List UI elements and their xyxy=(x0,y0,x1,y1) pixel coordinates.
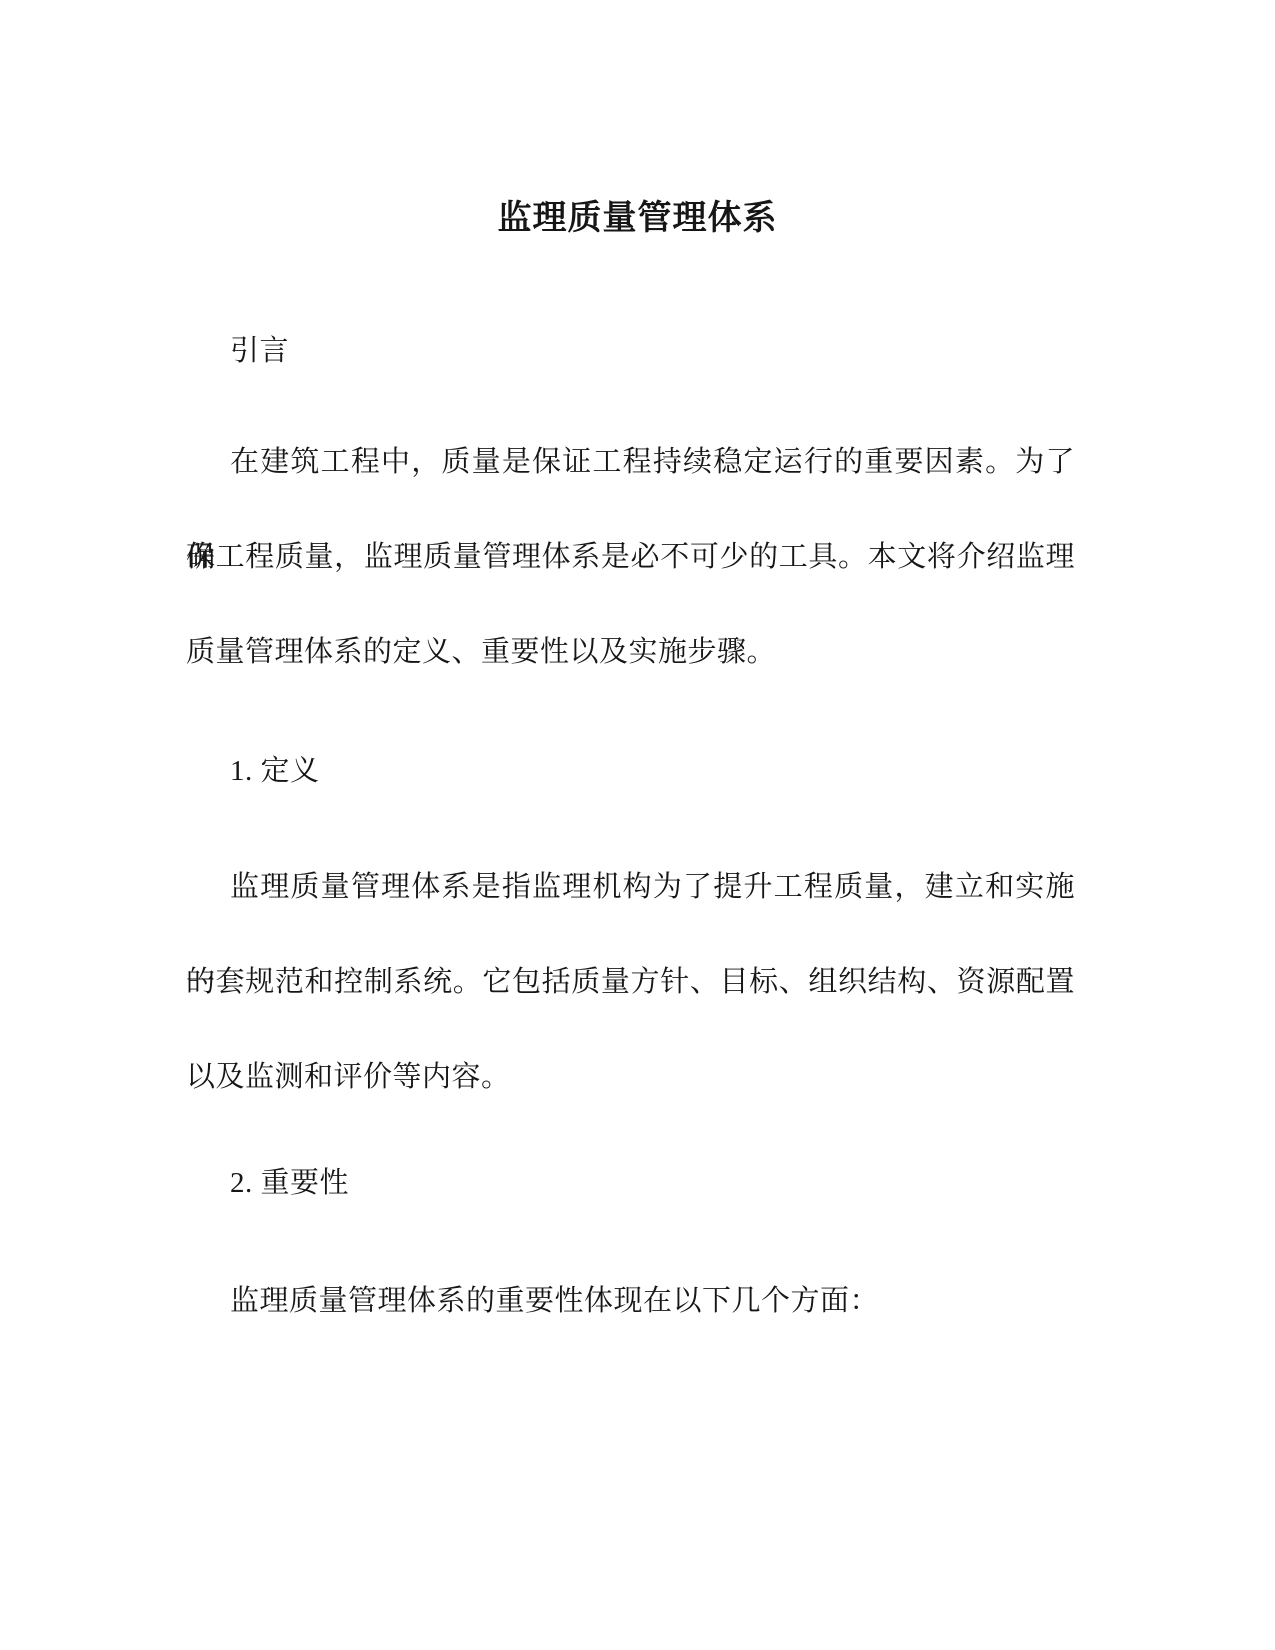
text-line: 保工程质量，监理质量管理体系是必不可少的工具。本文将介绍监理 xyxy=(186,510,1075,605)
text-line: 以及监测和评价等内容。 xyxy=(186,1030,1075,1125)
section-heading-introduction: 引言 xyxy=(186,304,1075,399)
text-line: 监理质量管理体系的重要性体现在以下几个方面： xyxy=(186,1254,1075,1349)
paragraph-introduction: 在建筑工程中，质量是保证工程持续稳定运行的重要因素。为了确 保工程质量，监理质量… xyxy=(186,415,1075,700)
paragraph-definition: 监理质量管理体系是指监理机构为了提升工程质量，建立和实施的 一套规范和控制系统。… xyxy=(186,840,1075,1125)
heading-text: 1. 定义 xyxy=(186,724,1075,819)
document-title: 监理质量管理体系 xyxy=(0,195,1275,243)
text-line: 质量管理体系的定义、重要性以及实施步骤。 xyxy=(186,605,1075,700)
heading-text: 2. 重要性 xyxy=(186,1136,1075,1231)
heading-text: 引言 xyxy=(186,304,1075,399)
section-heading-importance: 2. 重要性 xyxy=(186,1136,1075,1231)
paragraph-importance: 监理质量管理体系的重要性体现在以下几个方面： xyxy=(186,1254,1075,1349)
document-page: 监理质量管理体系 引言 在建筑工程中，质量是保证工程持续稳定运行的重要因素。为了… xyxy=(0,0,1275,1650)
text-line: 监理质量管理体系是指监理机构为了提升工程质量，建立和实施的 xyxy=(186,840,1075,935)
text-line: 在建筑工程中，质量是保证工程持续稳定运行的重要因素。为了确 xyxy=(186,415,1075,510)
section-heading-definition: 1. 定义 xyxy=(186,724,1075,819)
text-line: 一套规范和控制系统。它包括质量方针、目标、组织结构、资源配置 xyxy=(186,935,1075,1030)
